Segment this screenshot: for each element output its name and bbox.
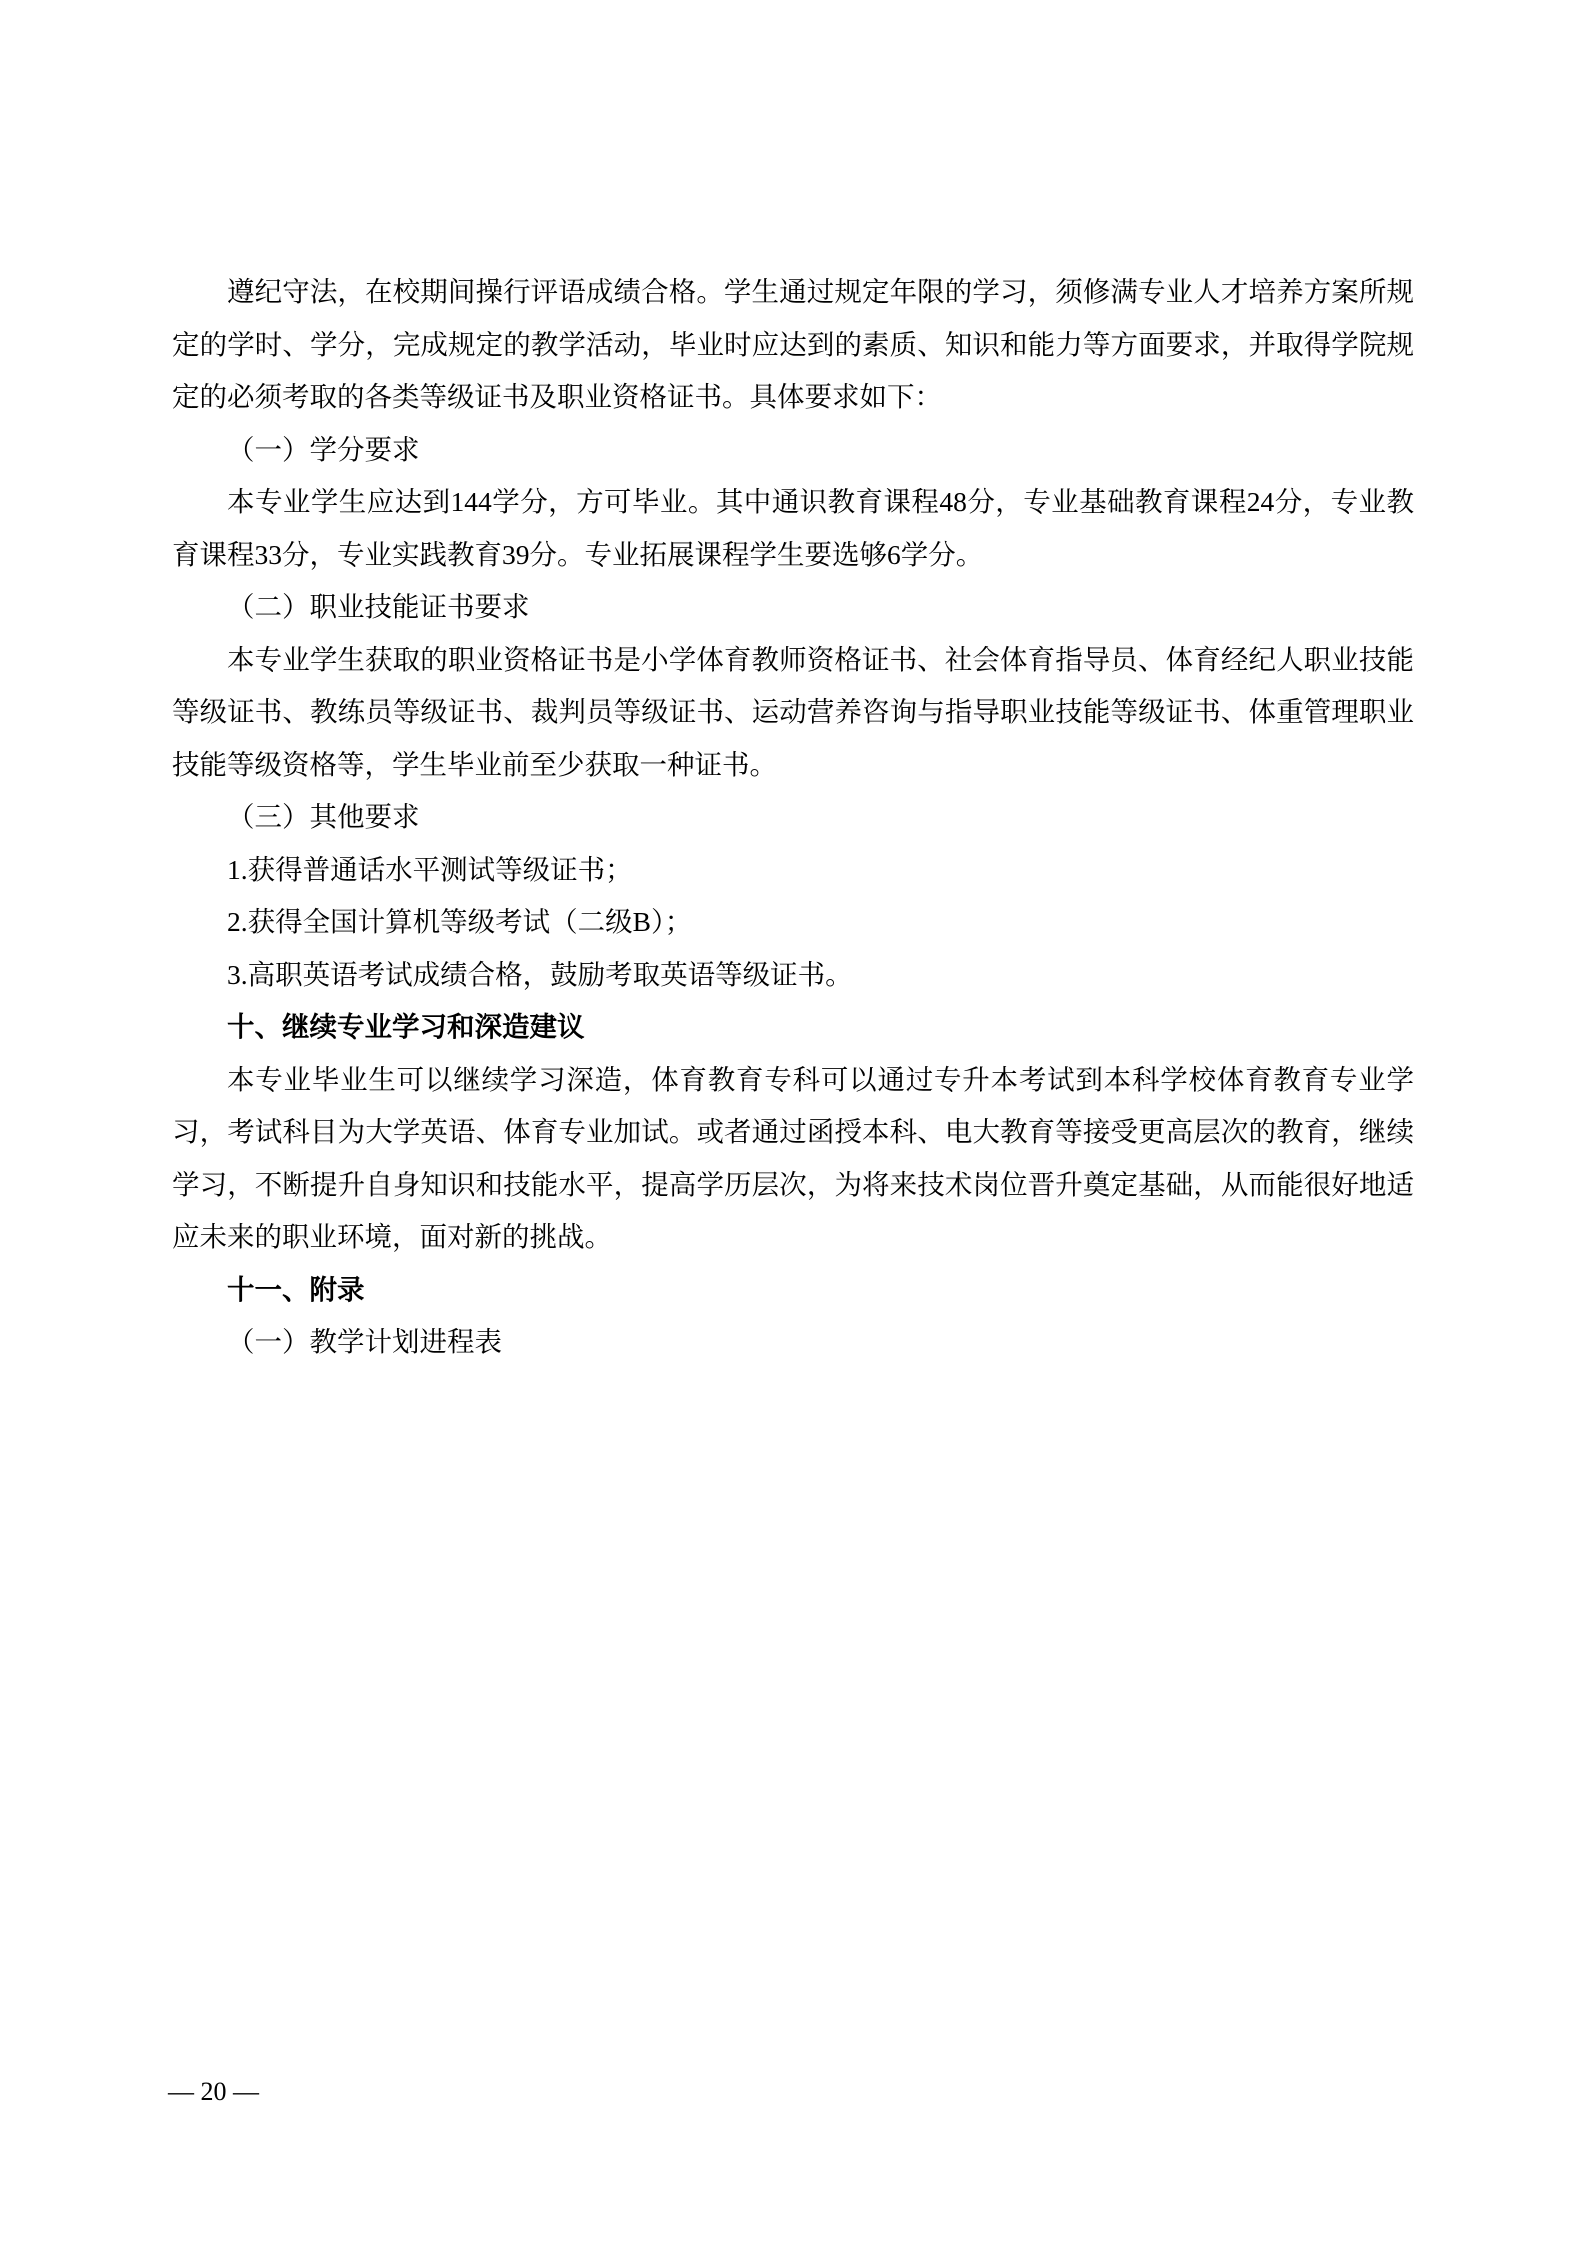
- page-number: — 20 —: [168, 2077, 259, 2107]
- subheading-credit-requirements: （一）学分要求: [172, 424, 1414, 477]
- vocational-certificates-paragraph: 本专业学生获取的职业资格证书是小学体育教师资格证书、社会体育指导员、体育经纪人职…: [172, 634, 1414, 792]
- document-page: 遵纪守法，在校期间操行评语成绩合格。学生通过规定年限的学习，须修满专业人才培养方…: [0, 0, 1587, 2245]
- credit-requirements-paragraph: 本专业学生应达到144学分，方可毕业。其中通识教育课程48分，专业基础教育课程2…: [172, 476, 1414, 581]
- subheading-other-requirements: （三）其他要求: [172, 791, 1414, 844]
- section-heading-further-study: 十、继续专业学习和深造建议: [172, 1001, 1414, 1054]
- subheading-vocational-certificate-requirements: （二）职业技能证书要求: [172, 581, 1414, 634]
- section-heading-appendix: 十一、附录: [172, 1264, 1414, 1317]
- list-item-computer-exam: 2.获得全国计算机等级考试（二级B）；: [172, 896, 1414, 949]
- further-study-paragraph: 本专业毕业生可以继续学习深造，体育教育专科可以通过专升本考试到本科学校体育教育专…: [172, 1054, 1414, 1264]
- subheading-teaching-plan-schedule: （一）教学计划进程表: [172, 1316, 1414, 1369]
- list-item-english-exam: 3.高职英语考试成绩合格，鼓励考取英语等级证书。: [172, 949, 1414, 1002]
- document-body: 遵纪守法，在校期间操行评语成绩合格。学生通过规定年限的学习，须修满专业人才培养方…: [172, 266, 1414, 1369]
- list-item-putonghua-certificate: 1.获得普通话水平测试等级证书；: [172, 844, 1414, 897]
- graduation-requirements-intro-paragraph: 遵纪守法，在校期间操行评语成绩合格。学生通过规定年限的学习，须修满专业人才培养方…: [172, 266, 1414, 424]
